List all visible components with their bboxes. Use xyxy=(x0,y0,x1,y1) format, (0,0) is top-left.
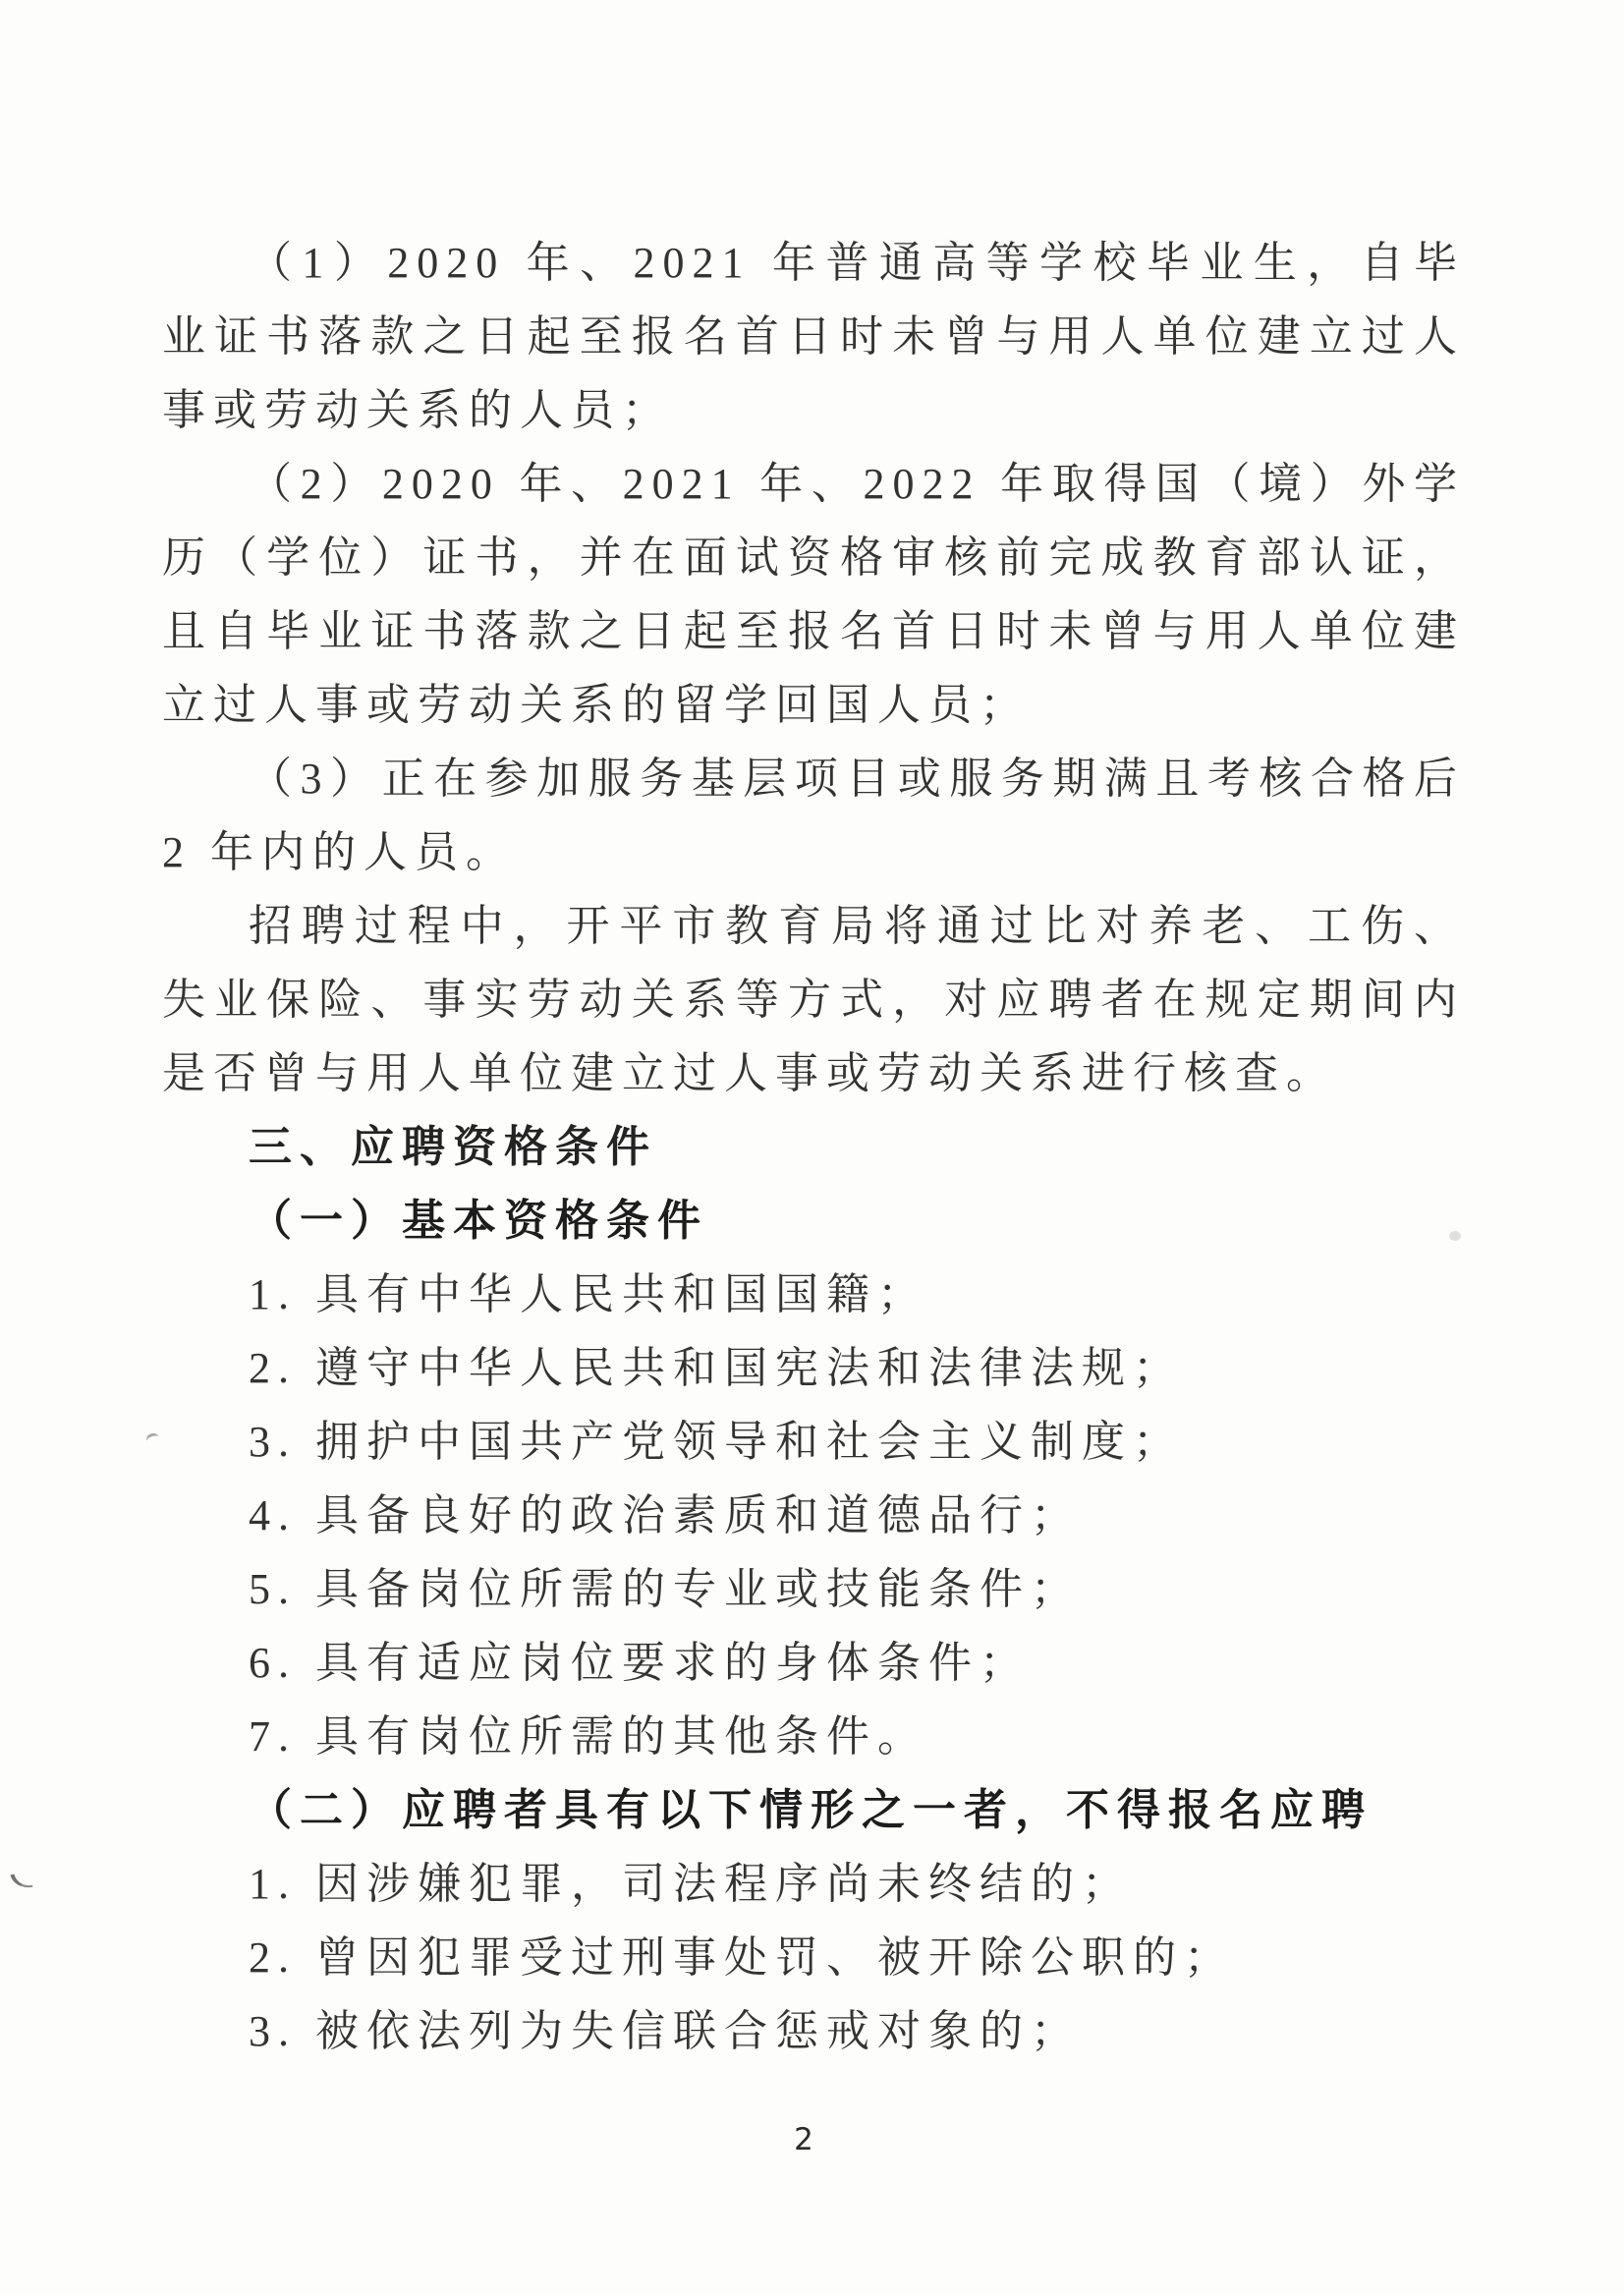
heading-basic-qualifications: （一）基本资格条件 xyxy=(162,1184,1465,1258)
para-verification: 招聘过程中，开平市教育局将通过比对养老、工伤、失业保险、事实劳动关系等方式，对应… xyxy=(162,889,1465,1110)
heading-section-3-qualifications: 三、应聘资格条件 xyxy=(162,1110,1465,1184)
list-item-basic-3: 3. 拥护中国共产党领导和社会主义制度； xyxy=(162,1405,1465,1479)
list-item-disqual-2: 2. 曾因犯罪受过刑事处罚、被开除公职的； xyxy=(162,1921,1465,1994)
document-page: （1）2020 年、2021 年普通高等学校毕业生，自毕业证书落款之日起至报名首… xyxy=(0,0,1624,2295)
page-number: 2 xyxy=(0,2122,1607,2157)
list-item-disqual-3: 3. 被依法列为失信联合惩戒对象的； xyxy=(162,1994,1465,2068)
list-item-basic-7: 7. 具有岗位所需的其他条件。 xyxy=(162,1700,1465,1773)
para-grassroots-service: （3）正在参加服务基层项目或服务期满且考核合格后 2 年内的人员。 xyxy=(162,742,1465,889)
list-item-disqual-1: 1. 因涉嫌犯罪，司法程序尚未终结的； xyxy=(162,1847,1465,1921)
scan-speck-bottom-left xyxy=(10,1871,32,1891)
list-item-basic-6: 6. 具有适应岗位要求的身体条件； xyxy=(162,1626,1465,1700)
list-item-basic-1: 1. 具有中华人民共和国国籍； xyxy=(162,1258,1465,1331)
list-item-basic-2: 2. 遵守中华人民共和国宪法和法律法规； xyxy=(162,1331,1465,1405)
list-item-basic-4: 4. 具备良好的政治素质和道德品行； xyxy=(162,1479,1465,1552)
heading-disqualifications: （二）应聘者具有以下情形之一者，不得报名应聘 xyxy=(162,1773,1465,1847)
list-item-basic-5: 5. 具备岗位所需的专业或技能条件； xyxy=(162,1552,1465,1626)
para-grad-2020-2021: （1）2020 年、2021 年普通高等学校毕业生，自毕业证书落款之日起至报名首… xyxy=(162,226,1465,447)
para-overseas-degree: （2）2020 年、2021 年、2022 年取得国（境）外学历（学位）证书，并… xyxy=(162,447,1465,742)
scan-speck-right-margin xyxy=(1449,1231,1461,1241)
scan-speck-left-margin xyxy=(144,1431,160,1446)
document-body: （1）2020 年、2021 年普通高等学校毕业生，自毕业证书落款之日起至报名首… xyxy=(162,226,1465,2068)
